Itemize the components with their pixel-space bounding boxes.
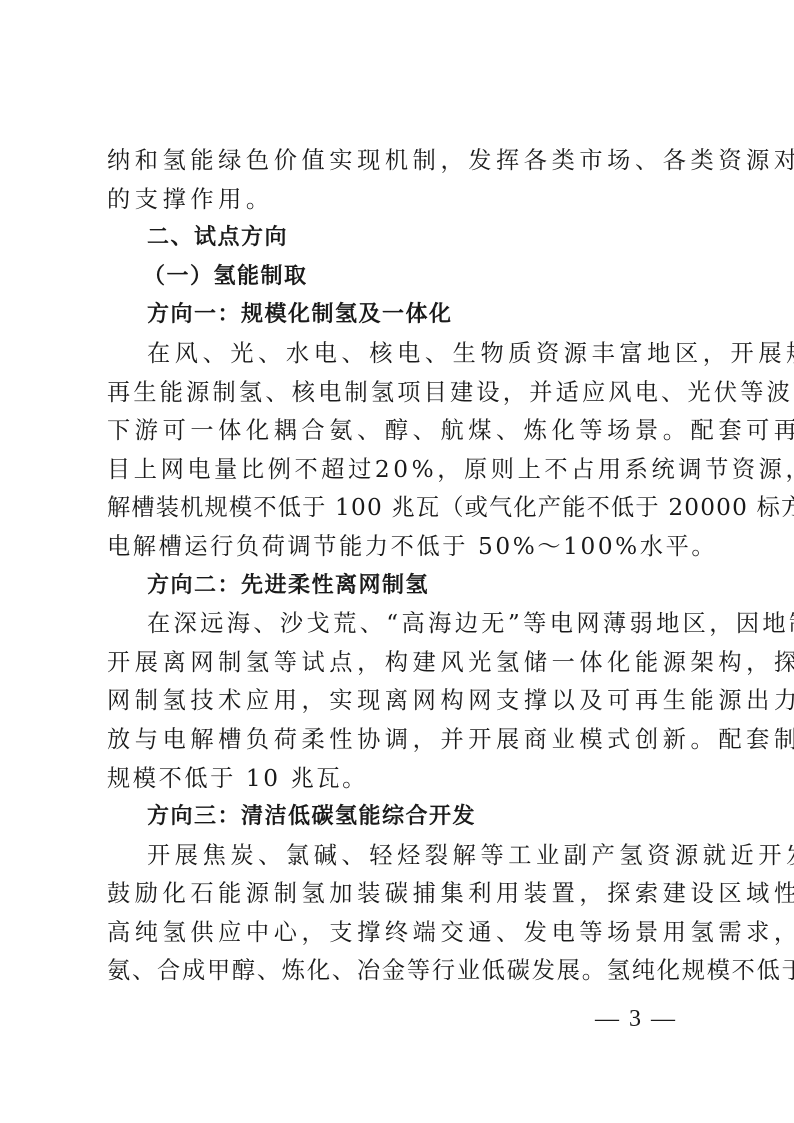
body-line: 网制氢技术应用，实现离网构网支撑以及可再生能源出力、储能充 (107, 682, 691, 721)
body-line: 高纯氢供应中心，支撑终端交通、发电等场景用氢需求，以及合成 (107, 914, 691, 953)
body-line: 开展离网制氢等试点，构建风光氢储一体化能源架构，探索先进离 (107, 644, 691, 683)
subsection-heading: （一）氢能制取 (107, 258, 691, 297)
paragraph-start: 在风、光、水电、核电、生物质资源丰富地区，开展规模化可 (107, 335, 691, 374)
body-line: 下游可一体化耦合氨、醇、航煤、炼化等场景。配套可再生能源项 (107, 412, 691, 451)
direction-heading: 方向二：先进柔性离网制氢 (107, 567, 691, 606)
paragraph-start: 开展焦炭、氯碱、轻烃裂解等工业副产氢资源就近开发利用， (107, 837, 691, 876)
body-line: 电解槽运行负荷调节能力不低于 50%～100%水平。 (107, 528, 691, 567)
direction-heading: 方向三：清洁低碳氢能综合开发 (107, 798, 691, 837)
body-line: 纳和氢能绿色价值实现机制，发挥各类市场、各类资源对氢能产业 (107, 142, 691, 181)
document-page: 纳和氢能绿色价值实现机制，发挥各类市场、各类资源对氢能产业 的支撑作用。 二、试… (107, 142, 691, 991)
body-line: 规模不低于 10 兆瓦。 (107, 760, 691, 799)
paragraph-start: 在深远海、沙戈荒、“高海边无”等电网薄弱地区，因地制宜 (107, 605, 691, 644)
body-line: 解槽装机规模不低于 100 兆瓦（或气化产能不低于 20000 标方/时）， (107, 489, 691, 528)
body-line: 的支撑作用。 (107, 181, 691, 220)
body-line: 再生能源制氢、核电制氢项目建设，并适应风电、光伏等波动特性。 (107, 374, 691, 413)
body-line: 放与电解槽负荷柔性协调，并开展商业模式创新。配套制氢电解槽 (107, 721, 691, 760)
body-line: 鼓励化石能源制氢加装碳捕集利用装置，探索建设区域性、规模化 (107, 875, 691, 914)
page-number: — 3 — (595, 1006, 677, 1033)
section-heading: 二、试点方向 (107, 219, 691, 258)
body-line: 氨、合成甲醇、炼化、冶金等行业低碳发展。氢纯化规模不低于 5000 (107, 952, 691, 991)
direction-heading: 方向一：规模化制氢及一体化 (107, 296, 691, 335)
body-line: 目上网电量比例不超过20%，原则上不占用系统调节资源，制氢电 (107, 451, 691, 490)
